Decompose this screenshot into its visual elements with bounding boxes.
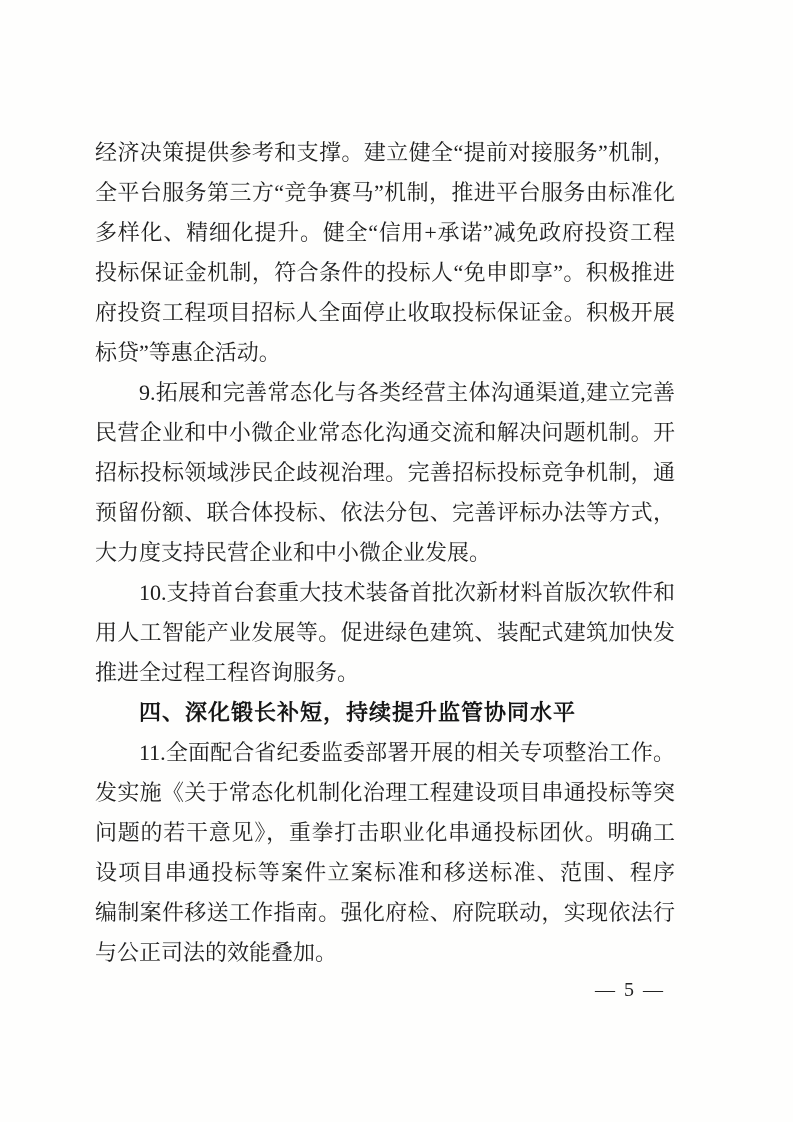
body-line: 标贷”等惠企活动。 [95,333,675,373]
body-line: 发实施《关于常态化机制化治理工程建设项目串通投标等突出 [95,773,675,813]
body-line: 预留份额、联合体投标、依法分包、完善评标办法等方式，更 [95,493,675,533]
body-line: 设项目串通投标等案件立案标准和移送标准、范围、程序等， [95,853,675,893]
body-line: 民营企业和中小微企业常态化沟通交流和解决问题机制。开展 [95,413,675,453]
paragraph-item-10: 10.支持首台套重大技术装备首批次新材料首版次软件和通 用人工智能产业发展等。促… [95,573,675,693]
body-line: 11.全面配合省纪委监委部署开展的相关专项整治工作。印 [95,733,675,773]
body-line: 与公正司法的效能叠加。 [95,933,675,973]
body-line: 编制案件移送工作指南。强化府检、府院联动，实现依法行政 [95,893,675,933]
paragraph-intro: 经济决策提供参考和支撑。建立健全“提前对接服务”机制，健 全平台服务第三方“竞争… [95,133,675,373]
body-line: 投标保证金机制，符合条件的投标人“免申即享”。积极推进政 [95,253,675,293]
document-body: 经济决策提供参考和支撑。建立健全“提前对接服务”机制，健 全平台服务第三方“竞争… [95,133,675,973]
body-line: 用人工智能产业发展等。促进绿色建筑、装配式建筑加快发展。 [95,613,675,653]
paragraph-item-11: 11.全面配合省纪委监委部署开展的相关专项整治工作。印 发实施《关于常态化机制化… [95,733,675,973]
body-line: 经济决策提供参考和支撑。建立健全“提前对接服务”机制，健 [95,133,675,173]
body-line: 招标投标领域涉民企歧视治理。完善招标投标竞争机制，通过 [95,453,675,493]
body-line: 推进全过程工程咨询服务。 [95,653,675,693]
scanned-document-page: 经济决策提供参考和支撑。建立健全“提前对接服务”机制，健 全平台服务第三方“竞争… [0,0,793,1122]
body-line: 大力度支持民营企业和中小微企业发展。 [95,533,675,573]
paragraph-item-9: 9.拓展和完善常态化与各类经营主体沟通渠道,建立完善与 民营企业和中小微企业常态… [95,373,675,573]
section-heading: 四、深化锻长补短，持续提升监管协同水平 [95,693,675,733]
body-line: 府投资工程项目招标人全面停止收取投标保证金。积极开展“中 [95,293,675,333]
body-line: 10.支持首台套重大技术装备首批次新材料首版次软件和通 [95,573,675,613]
body-line: 问题的若干意见》，重拳打击职业化串通投标团伙。明确工程建 [95,813,675,853]
body-line: 全平台服务第三方“竞争赛马”机制，推进平台服务由标准化向 [95,173,675,213]
body-line: 多样化、精细化提升。健全“信用+承诺”减免政府投资工程项目 [95,213,675,253]
body-line: 9.拓展和完善常态化与各类经营主体沟通渠道,建立完善与 [95,373,675,413]
page-number: — 5 — [595,978,665,1002]
